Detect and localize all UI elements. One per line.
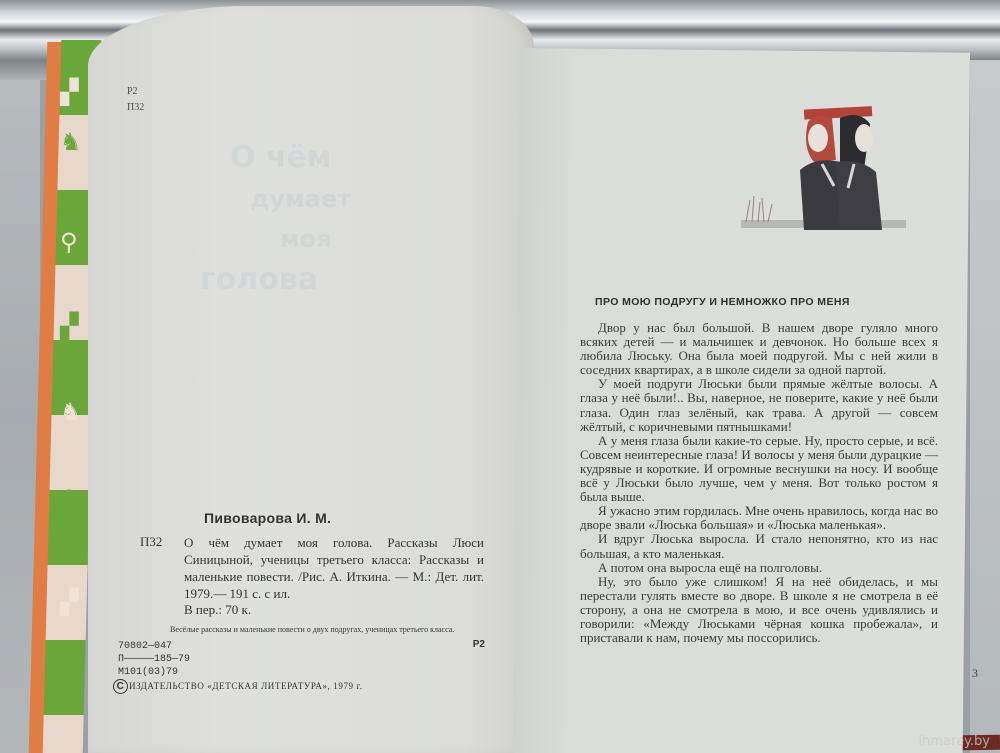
book-description: О чём думает моя голова. Рассказы Люси С… bbox=[184, 534, 484, 602]
copyright-text: ИЗДАТЕЛЬСТВО «ДЕТСКАЯ ЛИТЕРАТУРА», 1979 … bbox=[129, 681, 363, 691]
page-number: 3 bbox=[972, 666, 978, 681]
price: В пер.: 70 к. bbox=[184, 602, 251, 618]
story-title: ПРО МОЮ ПОДРУГУ И НЕМНОЖКО ПРО МЕНЯ bbox=[595, 296, 850, 308]
ghost-title-line: моя bbox=[280, 225, 332, 253]
bbk-code: Р2 bbox=[473, 639, 485, 650]
copyright-line: СИЗДАТЕЛЬСТВО «ДЕТСКАЯ ЛИТЕРАТУРА», 1979… bbox=[113, 679, 363, 694]
catalog-codes: 70802—047 П—————185—79 М101(03)79 bbox=[118, 640, 190, 679]
catalog-code: 70802—047 bbox=[118, 640, 190, 653]
dog-icon: ♞ bbox=[60, 398, 82, 426]
story-paragraph: Ну, это было уже слишком! Я на неё обиде… bbox=[580, 575, 938, 645]
cart-icon: ▞ bbox=[60, 78, 78, 106]
dog-icon: ♞ bbox=[60, 680, 82, 708]
ghost-title-line: О чём bbox=[230, 140, 331, 175]
scooter-icon: ⚲ bbox=[60, 228, 78, 256]
catalog-code: П—————185—79 bbox=[118, 653, 190, 666]
windowsill-background bbox=[970, 60, 1000, 753]
top-codes: Р2 П32 bbox=[127, 84, 144, 116]
dog-icon: ♞ bbox=[60, 128, 82, 156]
top-code-r2: Р2 bbox=[127, 84, 144, 100]
author-name: Пивоварова И. М. bbox=[204, 510, 331, 526]
watermark: ihmarey.by bbox=[919, 734, 990, 749]
scooter-icon: ⚲ bbox=[60, 485, 78, 513]
copyright-icon: С bbox=[113, 679, 128, 694]
girls-illustration bbox=[736, 100, 908, 238]
story-paragraph: И вдруг Люська выросла. И стало непонятн… bbox=[580, 532, 938, 560]
story-paragraph: У моей подруги Люськи были прямые жёлтые… bbox=[580, 377, 938, 433]
story-paragraph: А потом она выросла ещё на полголовы. bbox=[580, 561, 938, 575]
ghost-title-line: голова bbox=[200, 262, 318, 297]
catalog-code: М101(03)79 bbox=[118, 666, 190, 679]
class-code: П32 bbox=[140, 534, 162, 550]
story-paragraph: Двор у нас был большой. В нашем дворе гу… bbox=[580, 321, 938, 377]
top-code-p32: П32 bbox=[127, 100, 144, 116]
annotation: Весёлые рассказы и маленькие повести о д… bbox=[170, 624, 490, 635]
cart-icon: ▞ bbox=[60, 312, 78, 340]
ghost-title-line: думает bbox=[250, 185, 351, 213]
cart-icon: ▞ bbox=[60, 588, 78, 616]
story-paragraph: А у меня глаза были какие-то серые. Ну, … bbox=[580, 434, 938, 504]
story-paragraph: Я ужасно этим гордилась. Мне очень нрави… bbox=[580, 504, 938, 532]
story-text: Двор у нас был большой. В нашем дворе гу… bbox=[580, 321, 938, 645]
